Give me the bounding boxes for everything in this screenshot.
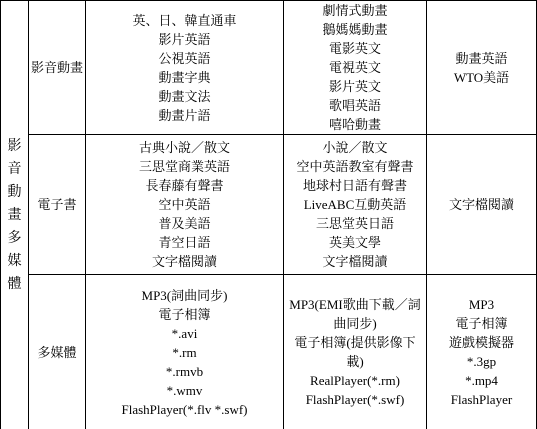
list-item: 電影英文: [284, 39, 426, 58]
ebook-list-tertiary: 文字檔閱讀: [427, 135, 537, 275]
list-item: 影片英語: [86, 30, 283, 49]
list-item: LiveABC互動英語: [284, 195, 426, 214]
video-animation-list-secondary: 劇情式動畫鵝媽媽動畫電影英文電視英文影片英文歌唱英語嘻哈動畫: [284, 1, 427, 135]
list-item: 動畫片語: [86, 106, 283, 125]
table-row-multimedia: 多媒體 MP3(詞曲同步)電子相簿*.avi*.rm*.rmvb*.wmvFla…: [1, 275, 537, 429]
list-item: MP3(EMI歌曲下載／詞曲同步): [284, 295, 426, 333]
multimedia-feature-table: 影音動畫多媒體 影音動畫 英、日、韓直通車影片英語公視英語動畫字典動畫文法動畫片…: [0, 0, 537, 429]
list-item: *.rm: [86, 343, 283, 362]
list-item: 電視英文: [284, 58, 426, 77]
list-item: 長春藤有聲書: [86, 176, 283, 195]
multimedia-feature-table-screen: 影音動畫多媒體 影音動畫 英、日、韓直通車影片英語公視英語動畫字典動畫文法動畫片…: [0, 0, 537, 429]
video-animation-list-tertiary: 動畫英語WTO美語: [427, 1, 537, 135]
list-item: *.rmvb: [86, 362, 283, 381]
category-cell-ebook: 電子書: [29, 135, 86, 275]
list-item: 鵝媽媽動畫: [284, 20, 426, 39]
video-animation-list-primary: 英、日、韓直通車影片英語公視英語動畫字典動畫文法動畫片語: [86, 1, 284, 135]
list-item: 青空日語: [86, 233, 283, 252]
list-item: *.avi: [86, 324, 283, 343]
list-item: 三思堂英日語: [284, 214, 426, 233]
ebook-list-primary: 古典小說／散文三思堂商業英語長春藤有聲書空中英語普及美語青空日語文字檔閱讀: [86, 135, 284, 275]
category-cell-video-animation: 影音動畫: [29, 1, 86, 135]
list-item: MP3: [427, 295, 536, 314]
group-header-cell: 影音動畫多媒體: [1, 1, 29, 429]
ebook-list-secondary: 小說／散文空中英語教室有聲書地球村日語有聲書LiveABC互動英語三思堂英日語英…: [284, 135, 427, 275]
list-item: 電子相簿: [86, 305, 283, 324]
list-item: 古典小說／散文: [86, 138, 283, 157]
list-item: 遊戲模擬器: [427, 333, 536, 352]
list-item: WTO美語: [427, 68, 536, 87]
list-item: 電子相簿: [427, 314, 536, 333]
list-item: MP3(詞曲同步): [86, 286, 283, 305]
list-item: 文字檔閱讀: [427, 195, 536, 214]
list-item: FlashPlayer: [427, 390, 536, 409]
list-item: *.mp4: [427, 371, 536, 390]
list-item: 動畫英語: [427, 49, 536, 68]
list-item: FlashPlayer(*.flv *.swf): [86, 400, 283, 419]
list-item: 劇情式動畫: [284, 1, 426, 20]
multimedia-list-primary: MP3(詞曲同步)電子相簿*.avi*.rm*.rmvb*.wmvFlashPl…: [86, 275, 284, 429]
multimedia-list-secondary: MP3(EMI歌曲下載／詞曲同步)電子相簿(提供影像下載)RealPlayer(…: [284, 275, 427, 429]
table-row-video-animation: 影音動畫多媒體 影音動畫 英、日、韓直通車影片英語公視英語動畫字典動畫文法動畫片…: [1, 1, 537, 135]
list-item: 英美文學: [284, 233, 426, 252]
list-item: 英、日、韓直通車: [86, 11, 283, 30]
list-item: 電子相簿(提供影像下載): [284, 333, 426, 371]
list-item: RealPlayer(*.rm): [284, 371, 426, 390]
list-item: 動畫文法: [86, 87, 283, 106]
list-item: 公視英語: [86, 49, 283, 68]
category-cell-multimedia: 多媒體: [29, 275, 86, 429]
list-item: 地球村日語有聲書: [284, 176, 426, 195]
list-item: 小說／散文: [284, 138, 426, 157]
list-item: 影片英文: [284, 77, 426, 96]
list-item: 空中英語: [86, 195, 283, 214]
list-item: 三思堂商業英語: [86, 157, 283, 176]
list-item: 歌唱英語: [284, 96, 426, 115]
list-item: *.3gp: [427, 352, 536, 371]
list-item: 普及美語: [86, 214, 283, 233]
list-item: FlashPlayer(*.swf): [284, 390, 426, 409]
multimedia-list-tertiary: MP3電子相簿遊戲模擬器*.3gp*.mp4FlashPlayer: [427, 275, 537, 429]
list-item: 文字檔閱讀: [284, 252, 426, 271]
list-item: 動畫字典: [86, 68, 283, 87]
list-item: 嘻哈動畫: [284, 115, 426, 134]
group-header-label: 影音動畫多媒體: [8, 135, 22, 296]
list-item: *.wmv: [86, 381, 283, 400]
table-row-ebook: 電子書 古典小說／散文三思堂商業英語長春藤有聲書空中英語普及美語青空日語文字檔閱…: [1, 135, 537, 275]
list-item: 空中英語教室有聲書: [284, 157, 426, 176]
list-item: 文字檔閱讀: [86, 252, 283, 271]
